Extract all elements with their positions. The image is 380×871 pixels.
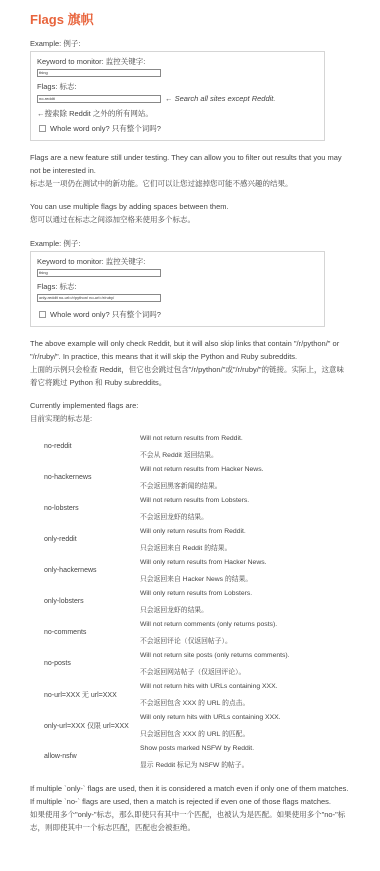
flags-input[interactable]: only-reddit no-url=/r/python/ no-url=/r/… (37, 294, 161, 302)
table-row: only-url=XXX 仅限 url=XXX Will only return… (44, 710, 350, 741)
multiple-flags-zh: 您可以通过在标志之间添加空格来使用多个标志。 (30, 213, 350, 226)
keyword-input[interactable]: thing (37, 269, 161, 277)
intro-paragraph-1: Flags are a new feature still under test… (30, 151, 350, 190)
whole-word-label: Whole word only? 只有整个词吗? (50, 123, 161, 134)
multiple-flags-en: You can use multiple flags by adding spa… (30, 200, 350, 213)
explanation-zh: 上面的示例只会检查 Reddit，但它也会跳过包含"/r/python/"或"/… (30, 363, 350, 389)
flag-name: no-hackernews (44, 462, 140, 493)
flag-desc-en: Will not return results from Lobsters. (140, 497, 249, 504)
keyword-input[interactable]: thing (37, 69, 161, 77)
example-label: Example: 例子: (30, 38, 350, 49)
intro-paragraph-2: You can use multiple flags by adding spa… (30, 200, 350, 226)
flag-desc-zh: 不会返回网站帖子（仅返回评论）。 (140, 666, 290, 676)
flag-name: allow-nsfw (44, 741, 140, 772)
flag-desc-en: Will not return results from Hacker News… (140, 466, 264, 473)
flags-label: Flags: 标志: (37, 81, 318, 93)
flags-hint: ← Search all sites except Reddit. (165, 94, 275, 103)
flag-desc-zh: 不会返回评论（仅返回帖子）。 (140, 635, 277, 645)
table-row: no-comments Will not return comments (on… (44, 617, 350, 648)
flag-name: no-posts (44, 648, 140, 679)
flag-desc-zh: 不会返回包含 XXX 的 URL 的点击。 (140, 697, 278, 707)
implemented-zh: 目前实现的标志是: (30, 412, 350, 425)
flag-name: no-reddit (44, 431, 140, 462)
whole-word-checkbox[interactable] (39, 125, 46, 132)
implemented-en: Currently implemented flags are: (30, 399, 350, 412)
table-row: no-hackernews Will not return results fr… (44, 462, 350, 493)
footer-zh: 如果使用多个"only-"标志，那么即使只有其中一个匹配，也被认为是匹配。如果使… (30, 808, 350, 834)
table-row: no-posts Will not return site posts (onl… (44, 648, 350, 679)
intro-text-zh: 标志是一项仍在测试中的新功能。它们可以让您过滤掉您可能不感兴趣的结果。 (30, 177, 350, 190)
flag-name: no-comments (44, 617, 140, 648)
flag-name: only-url=XXX 仅限 url=XXX (44, 710, 140, 741)
flag-desc-en: Will only return results from Hacker New… (140, 559, 267, 566)
flag-desc-zh: 显示 Reddit 标记为 NSFW 的帖子。 (140, 759, 254, 769)
whole-word-option[interactable]: Whole word only? 只有整个词吗? (37, 120, 318, 136)
table-row: no-reddit Will not return results from R… (44, 431, 350, 462)
table-row: no-url=XXX 无 url=XXX Will not return hit… (44, 679, 350, 710)
flags-label: Flags: 标志: (37, 281, 318, 293)
whole-word-label: Whole word only? 只有整个词吗? (50, 309, 161, 320)
flag-desc-en: Will not return comments (only returns p… (140, 621, 277, 628)
whole-word-option[interactable]: Whole word only? 只有整个词吗? (37, 306, 318, 322)
table-row: only-reddit Will only return results fro… (44, 524, 350, 555)
flags-input[interactable]: no-reddit (37, 95, 161, 103)
keyword-label: Keyword to monitor: 监控关键字: (37, 56, 318, 68)
flag-desc-en: Show posts marked NSFW by Reddit. (140, 745, 254, 752)
flags-page: Flags 旗帜 Example: 例子: Keyword to monitor… (0, 0, 380, 834)
flag-desc-zh: 不会从 Reddit 返回结果。 (140, 449, 243, 459)
table-row: only-lobsters Will only return results f… (44, 586, 350, 617)
flag-desc-zh: 不会返回龙虾的结果。 (140, 511, 249, 521)
example-box-1: Keyword to monitor: 监控关键字: thing Flags: … (30, 51, 325, 141)
flag-desc-zh: 只会返回来自 Hacker News 的结果。 (140, 573, 267, 583)
flag-desc-en: Will only return results from Reddit. (140, 528, 246, 535)
explanation-en: The above example will only check Reddit… (30, 337, 350, 363)
flag-name: only-lobsters (44, 586, 140, 617)
flag-desc-en: Will not return results from Reddit. (140, 435, 243, 442)
whole-word-checkbox[interactable] (39, 311, 46, 318)
table-row: only-hackernews Will only return results… (44, 555, 350, 586)
example-label-2: Example: 例子: (30, 238, 350, 249)
keyword-label: Keyword to monitor: 监控关键字: (37, 256, 318, 268)
footer-note: If multiple `only-` flags are used, then… (30, 782, 350, 834)
footer-en: If multiple `only-` flags are used, then… (30, 782, 350, 808)
flag-name: only-reddit (44, 524, 140, 555)
flag-desc-en: Will only return hits with URLs containi… (140, 714, 281, 721)
flag-desc-zh: 只会返回包含 XXX 的 URL 的匹配。 (140, 728, 281, 738)
explanation: The above example will only check Reddit… (30, 337, 350, 389)
implemented-heading: Currently implemented flags are: 目前实现的标志… (30, 399, 350, 425)
flag-desc-en: Will not return site posts (only returns… (140, 652, 290, 659)
flags-table: no-reddit Will not return results from R… (44, 431, 350, 772)
table-row: allow-nsfw Show posts marked NSFW by Red… (44, 741, 350, 772)
table-row: no-lobsters Will not return results from… (44, 493, 350, 524)
intro-text-en: Flags are a new feature still under test… (30, 151, 350, 177)
flag-name: no-url=XXX 无 url=XXX (44, 679, 140, 710)
flag-name: no-lobsters (44, 493, 140, 524)
flag-name: only-hackernews (44, 555, 140, 586)
flags-hint-zh: ←搜索除 Reddit 之外的所有网站。 (37, 107, 318, 120)
example-box-2: Keyword to monitor: 监控关键字: thing Flags: … (30, 251, 325, 327)
flag-desc-en: Will only return results from Lobsters. (140, 590, 252, 597)
flag-desc-zh: 不会返回黑客新闻的结果。 (140, 480, 264, 490)
flag-desc-zh: 只会返回龙虾的结果。 (140, 604, 252, 614)
page-title: Flags 旗帜 (30, 10, 350, 30)
flag-desc-en: Will not return hits with URLs containin… (140, 683, 278, 690)
flag-desc-zh: 只会返回来自 Reddit 的结果。 (140, 542, 246, 552)
